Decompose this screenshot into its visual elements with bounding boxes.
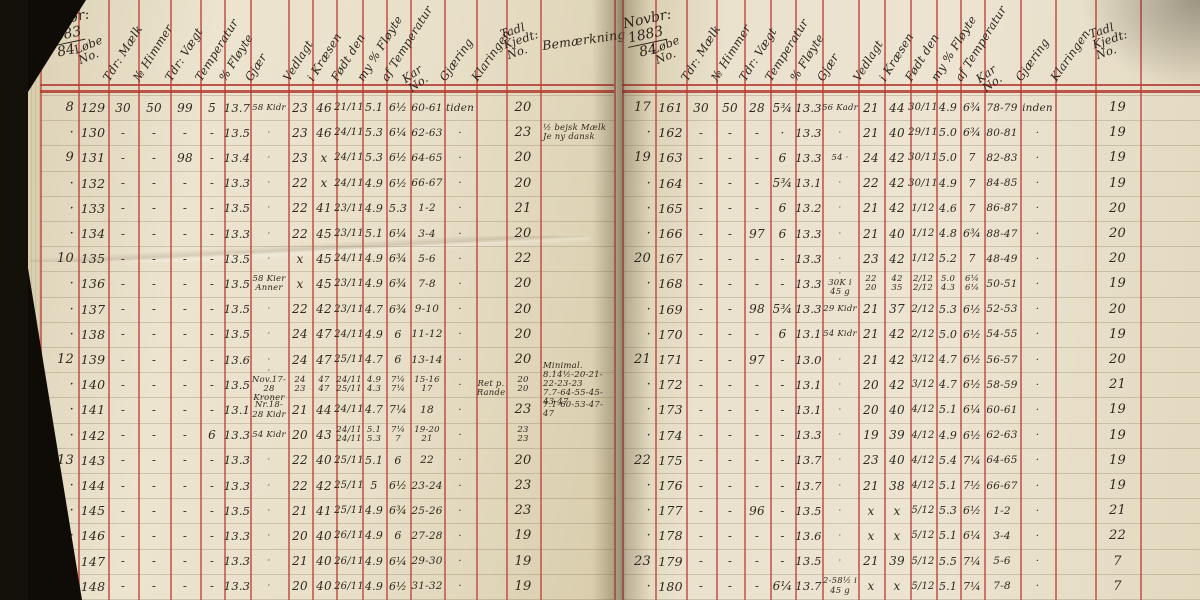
ledger-cell: 42 — [312, 297, 336, 322]
ledger-cell: 5 — [362, 473, 386, 498]
ledger-cell: 78-79 — [984, 95, 1020, 120]
ledger-cell: - — [170, 347, 200, 372]
ledger-cell: - — [108, 498, 138, 523]
ledger-cell: - — [770, 498, 795, 523]
ledger-cell: 20 — [858, 372, 884, 397]
ledger-cell: 23 — [506, 120, 540, 145]
ledger-cell: 7¼ 7 — [386, 423, 410, 448]
ledger-cell: 5-6 — [984, 549, 1020, 574]
ledger-cell: 165 — [655, 196, 686, 221]
ledger-cell: · — [822, 196, 858, 221]
ledger-cell: 13.3 — [224, 473, 250, 498]
ledger-cell: 4.9 — [362, 171, 386, 196]
ledger-cell: 13.3 — [224, 171, 250, 196]
ledger-cell: 46 — [312, 95, 336, 120]
ledger-cell: 5.1 — [362, 448, 386, 473]
ledger-cell: · — [40, 297, 78, 322]
ledger-cell: 6¼ — [960, 397, 984, 422]
ledger-cell: 29/11 — [910, 120, 936, 145]
ledger-cell: x — [288, 271, 312, 296]
ledger-cell: 4.9 — [362, 271, 386, 296]
ledger-cell: - — [716, 271, 744, 296]
ledger-cell: 20 — [506, 448, 540, 473]
ledger-cell: 23 — [506, 498, 540, 523]
ledger-cell: 23 — [288, 95, 312, 120]
ledger-cell: 23 — [288, 120, 312, 145]
ledger-cell: - — [744, 397, 770, 422]
ledger-cell: - — [138, 271, 170, 296]
ledger-cell: 168 — [655, 271, 686, 296]
ledger-cell: 40 — [312, 448, 336, 473]
ledger-cell: - — [716, 498, 744, 523]
ledger-cell: 54-55 — [984, 322, 1020, 347]
ledger-cell: 4.9 — [362, 574, 386, 599]
ledger-cell: 42 — [884, 347, 910, 372]
ledger-cell: 54 Kidr — [250, 423, 288, 448]
ledger-cell: 4.9 — [936, 95, 960, 120]
ledger-cell: 19 — [1095, 120, 1140, 145]
ledger-cell: 5¾ — [770, 297, 795, 322]
ledger-cell: · — [250, 473, 288, 498]
ledger-cell: 13.3 — [795, 221, 822, 246]
ledger-cell: 5.3 — [936, 498, 960, 523]
ledger-cell: - — [170, 171, 200, 196]
ledger-cell: 6 — [200, 423, 224, 448]
ledger-cell: · — [1020, 322, 1055, 347]
ledger-cell: 169 — [655, 297, 686, 322]
ledger-cell: · — [1020, 397, 1055, 422]
ledger-cell: 19 — [1095, 423, 1140, 448]
ledger-cell: - — [200, 498, 224, 523]
ledger-cell: 27-28 — [410, 523, 444, 548]
ledger-cell: 22 20 — [858, 271, 884, 296]
ledger-cell: 6¾ — [960, 95, 984, 120]
ledger-cell: 86-87 — [984, 196, 1020, 221]
ledger-cell: 42 — [312, 473, 336, 498]
ledger-cell: - — [200, 297, 224, 322]
ledger-cell: 13.3 — [224, 574, 250, 599]
ledger-cell: 48-49 — [984, 246, 1020, 271]
ledger-cell: x — [858, 523, 884, 548]
ledger-cell: 2/12 — [910, 297, 936, 322]
ledger-cell: - — [770, 423, 795, 448]
ledger-cell: - — [138, 549, 170, 574]
ledger-cell: 18 — [410, 397, 444, 422]
ledger-cell: 6¾ — [386, 498, 410, 523]
ledger-cell: · — [622, 221, 655, 246]
ledger-cell: - — [170, 271, 200, 296]
ledger-cell: 20 — [506, 145, 540, 170]
ledger-cell: · — [822, 120, 858, 145]
ledger-cell: 135 — [78, 246, 108, 271]
ledger-cell: 166 — [655, 221, 686, 246]
ledger-cell: 6¾ — [960, 120, 984, 145]
ledger-cell: 133 — [78, 196, 108, 221]
ledger-cell: · — [444, 498, 476, 523]
ledger-cell: 22 — [288, 196, 312, 221]
ledger-cell: 13.7 — [795, 473, 822, 498]
ledger-cell: 43 — [312, 423, 336, 448]
ledger-cell: - — [200, 549, 224, 574]
ledger-cell: 58 Kier Anner — [250, 271, 288, 296]
ledger-cell: - — [200, 523, 224, 548]
ledger-cell: 6 — [386, 322, 410, 347]
ledger-cell: 6¼ 6¼ — [960, 271, 984, 296]
ledger-cell: 22 — [288, 171, 312, 196]
ledger-cell: 20 — [506, 322, 540, 347]
ledger-cell: 19 — [1095, 322, 1140, 347]
ledger-cell: - — [138, 423, 170, 448]
ledger-cell: 22 — [288, 221, 312, 246]
ledger-cell: 6¼ — [386, 120, 410, 145]
ledger-cell: 20 — [506, 297, 540, 322]
ledger-cell: 6½ — [960, 372, 984, 397]
column-rule-red — [614, 0, 616, 600]
ledger-cell: - — [686, 523, 716, 548]
ledger-cell: 136 — [78, 271, 108, 296]
ledger-cell: 12 — [40, 347, 78, 372]
ledger-cell: · — [250, 246, 288, 271]
ledger-cell: 4.9 — [362, 196, 386, 221]
ledger-cell: · — [1020, 498, 1055, 523]
ledger-cell: · — [444, 523, 476, 548]
ledger-cell: - — [686, 397, 716, 422]
ledger-cell: - — [200, 120, 224, 145]
ledger-cell: 24/11 — [336, 246, 362, 271]
ledger-cell: - — [716, 372, 744, 397]
ledger-cell: 5.4 — [936, 448, 960, 473]
ledger-cell: 180 — [655, 574, 686, 599]
ledger-cell: tiden — [444, 95, 476, 120]
ledger-cell: · — [444, 423, 476, 448]
ledger-cell: 58 Kidr — [250, 95, 288, 120]
ledger-cell: 24/11 25/11 — [336, 372, 362, 397]
ledger-cell: - — [716, 297, 744, 322]
ledger-cell: · — [822, 221, 858, 246]
ledger-cell: 20 — [1095, 297, 1140, 322]
ledger-cell: 23 — [288, 145, 312, 170]
ledger-cell: 25/11 — [336, 448, 362, 473]
ledger-cell: - — [716, 196, 744, 221]
ledger-cell: · — [622, 498, 655, 523]
ledger-cell: 42 — [884, 171, 910, 196]
ledger-cell: - — [686, 448, 716, 473]
ledger-cell: · — [822, 473, 858, 498]
ledger-cell: 22 — [506, 246, 540, 271]
header-rule-top — [40, 84, 614, 86]
ledger-cell: · — [822, 397, 858, 422]
ledger-cell: · — [1020, 372, 1055, 397]
ledger-cell: - — [170, 120, 200, 145]
ledger-cell: · — [444, 473, 476, 498]
ledger-cell: 4.7 — [362, 347, 386, 372]
ledger-cell: · — [622, 473, 655, 498]
ledger-cell: 3/12 — [910, 372, 936, 397]
ledger-cell: 22 — [288, 473, 312, 498]
ledger-cell: 40 — [312, 523, 336, 548]
ledger-cell: - — [716, 246, 744, 271]
ledger-cell: 20 — [288, 523, 312, 548]
ledger-cell: 13.3 — [795, 120, 822, 145]
ledger-cell: 21 — [858, 297, 884, 322]
ledger-cell: · — [622, 322, 655, 347]
ledger-cell: - — [716, 347, 744, 372]
ledger-cell: 19 — [1095, 171, 1140, 196]
ledger-cell: 141 — [78, 397, 108, 422]
ledger-cell: - — [744, 473, 770, 498]
ledger-cell: 20 20 — [506, 372, 540, 397]
ledger-cell: - — [170, 574, 200, 599]
ledger-cell: - — [770, 549, 795, 574]
ledger-cell: 23 — [622, 549, 655, 574]
ledger-cell: 21 — [858, 549, 884, 574]
ledger-cell: · — [1020, 549, 1055, 574]
ledger-cell: - — [744, 448, 770, 473]
ledger-cell: 19 — [1095, 271, 1140, 296]
ledger-cell: 145 — [78, 498, 108, 523]
ledger-cell: 39 — [884, 423, 910, 448]
ledger-cell: - — [138, 473, 170, 498]
ledger-cell: - — [108, 523, 138, 548]
ledger-cell: 9 — [40, 145, 78, 170]
ledger-cell: 21 — [288, 498, 312, 523]
ledger-cell: · — [250, 120, 288, 145]
ledger-cell: 26/11 — [336, 523, 362, 548]
ledger-cell: 8 — [40, 95, 78, 120]
ledger-cell: - — [744, 322, 770, 347]
ledger-cell: - — [200, 397, 224, 422]
ledger-cell: 4.7 — [936, 347, 960, 372]
ledger-cell: 5.1 — [362, 221, 386, 246]
ledger-cell: 21 — [288, 397, 312, 422]
ledger-cell: - — [770, 372, 795, 397]
ledger-cell: · — [444, 397, 476, 422]
ledger-cell: - — [200, 171, 224, 196]
ledger-cell: - — [170, 196, 200, 221]
ledger-cell: - — [170, 523, 200, 548]
ledger-cell: 23 23 — [506, 423, 540, 448]
ledger-cell: - — [200, 372, 224, 397]
header-rule-top — [622, 84, 1200, 86]
ledger-cell: 41 — [312, 498, 336, 523]
ledger-cell: 13.7 — [224, 95, 250, 120]
ledger-cell: x — [858, 574, 884, 599]
ledger-cell: 6½ — [386, 574, 410, 599]
ledger-cell: 22 — [288, 448, 312, 473]
ledger-cell: 13.5 — [224, 498, 250, 523]
ledger-cell: 25/11 — [336, 473, 362, 498]
ledger-cell: - — [744, 372, 770, 397]
ledger-cell: · — [1020, 473, 1055, 498]
ledger-cell: 19 — [1095, 397, 1140, 422]
ledger-cell: 5.2 — [936, 246, 960, 271]
ledger-cell: 88-47 — [984, 221, 1020, 246]
ledger-cell: - — [716, 549, 744, 574]
ledger-cell: 6¼ — [386, 221, 410, 246]
header-rule-bottom — [40, 90, 614, 93]
ledger-cell: 40 — [884, 120, 910, 145]
ledger-cell: 21 — [506, 196, 540, 221]
ledger-cell: - — [686, 196, 716, 221]
ledger-cell: 6 — [386, 523, 410, 548]
ledger-cell: 13.1 — [795, 397, 822, 422]
ledger-cell: · — [444, 120, 476, 145]
ledger-cell: 13.3 — [224, 423, 250, 448]
ledger-cell: · — [250, 171, 288, 196]
ledger-cell: 54 · — [822, 145, 858, 170]
ledger-cell: 4/12 — [910, 448, 936, 473]
ledger-cell: 64-65 — [984, 448, 1020, 473]
ledger-cell: 1/12 — [910, 246, 936, 271]
ledger-cell: 40 — [884, 448, 910, 473]
ledger-cell: 4.7 — [362, 297, 386, 322]
ledger-cell: - — [138, 397, 170, 422]
ledger-cell: 40 — [312, 549, 336, 574]
ledger-cell: 6 — [386, 347, 410, 372]
ledger-cell: 6¾ — [386, 297, 410, 322]
ledger-cell: - — [770, 397, 795, 422]
ledger-cell: - — [170, 498, 200, 523]
ledger-cell: 4.9 — [936, 171, 960, 196]
ledger-cell: 47 47 — [312, 372, 336, 397]
ledger-cell: 138 — [78, 322, 108, 347]
ledger-cell: · — [250, 448, 288, 473]
ledger-cell: · — [622, 297, 655, 322]
ledger-cell: 6½ — [960, 297, 984, 322]
ledger-cell: · — [444, 171, 476, 196]
ledger-cell: 82-83 — [984, 145, 1020, 170]
ledger-cell: 7 — [1095, 574, 1140, 599]
ledger-cell: - — [686, 549, 716, 574]
ledger-cell: 56-57 — [984, 347, 1020, 372]
ledger-cell: 13.5 — [224, 322, 250, 347]
ledger-cell: 24/11 24/11 — [336, 423, 362, 448]
ledger-cell: 26/11 — [336, 574, 362, 599]
ledger-cell: Minimal. 8.14½-20-21-22-23-23 7.7-64-55-… — [540, 372, 614, 397]
ledger-cell: 6½ — [386, 145, 410, 170]
ledger-cell: - — [686, 372, 716, 397]
ledger-cell: 4.6 — [936, 196, 960, 221]
ledger-cell: - — [744, 171, 770, 196]
ledger-cell: 6 — [770, 196, 795, 221]
ledger-cell: - — [108, 574, 138, 599]
ledger-cell: 66-67 — [984, 473, 1020, 498]
header-rule-bottom — [622, 90, 1200, 93]
ledger-cell: 167 — [655, 246, 686, 271]
ledger-cell: 19 — [1095, 95, 1140, 120]
ledger-cell: 13.1 — [795, 322, 822, 347]
ledger-cell: 28 — [744, 95, 770, 120]
ledger-cell: · — [1020, 297, 1055, 322]
ledger-cell: 7 — [960, 246, 984, 271]
ledger-cell: 13.5 — [795, 498, 822, 523]
ledger-cell: 13.5 — [224, 120, 250, 145]
ledger-cell: - — [744, 145, 770, 170]
ledger-cell: 139 — [78, 347, 108, 372]
ledger-cell: 4.9 — [362, 498, 386, 523]
ledger-cell: 13.3 — [224, 549, 250, 574]
ledger-cell: - — [170, 397, 200, 422]
ledger-cell: · — [444, 246, 476, 271]
ledger-cell: 24 — [288, 347, 312, 372]
ledger-cell: 21 — [622, 347, 655, 372]
ledger-cell: 58-59 — [984, 372, 1020, 397]
ledger-cell: 6¼ — [960, 523, 984, 548]
ledger-cell: - — [170, 448, 200, 473]
ledger-cell: - — [108, 221, 138, 246]
ledger-cell: 24 23 — [288, 372, 312, 397]
ledger-cell: 7¼ — [960, 549, 984, 574]
ledger-cell: - — [200, 574, 224, 599]
ledger-cell: 5.1 — [936, 523, 960, 548]
ledger-cell: 6 — [386, 448, 410, 473]
ledger-cell: - — [170, 322, 200, 347]
ledger-cell: - — [770, 473, 795, 498]
ledger-cell: · — [444, 574, 476, 599]
ledger-cell: 7-8 — [410, 271, 444, 296]
ledger-cell: - — [716, 448, 744, 473]
ledger-cell: 25/11 — [336, 347, 362, 372]
ledger-cell: · — [1020, 271, 1055, 296]
ledger-cell: 25/11 — [336, 498, 362, 523]
ledger-cell: · — [250, 574, 288, 599]
ledger-cell: 6½ — [960, 498, 984, 523]
ledger-cell: 7 — [960, 171, 984, 196]
ledger-cell: 13.1 — [224, 397, 250, 422]
ledger-cell: 21 — [858, 473, 884, 498]
ledger-cell: 30/11 — [910, 95, 936, 120]
ledger-cell: - — [170, 423, 200, 448]
ledger-cell: 80-81 — [984, 120, 1020, 145]
ledger-cell: 5-6 — [410, 246, 444, 271]
ledger-cell: · — [40, 171, 78, 196]
ledger-cell: 5.1 — [936, 473, 960, 498]
ledger-cell: 4.9 — [362, 322, 386, 347]
ledger-cell: 5.0 — [936, 120, 960, 145]
ledger-cell: 176 — [655, 473, 686, 498]
ledger-cell: 178 — [655, 523, 686, 548]
ledger-cell: 19-20 21 — [410, 423, 444, 448]
ledger-cell: 2-58½ i 45 g — [822, 574, 858, 599]
ledger-cell: 50 — [716, 95, 744, 120]
ledger-cell: 11-12 — [410, 322, 444, 347]
ledger-cell: - — [686, 574, 716, 599]
ledger-cell: 13.1 — [795, 171, 822, 196]
ledger-cell: 20 — [858, 397, 884, 422]
ledger-cell: 140 — [78, 372, 108, 397]
ledger-cell: - — [170, 297, 200, 322]
ledger-cell: 7 — [960, 196, 984, 221]
ledger-cell: · — [1020, 448, 1055, 473]
ledger-cell: 5.1 — [936, 574, 960, 599]
ledger-cell: 66-67 — [410, 171, 444, 196]
ledger-cell: 171 — [655, 347, 686, 372]
ledger-cell: 19 — [506, 574, 540, 599]
ledger-cell: 47 — [312, 322, 336, 347]
ledger-cell: 21 — [858, 347, 884, 372]
ledger-cell: · — [822, 171, 858, 196]
ledger-cell: 163 — [655, 145, 686, 170]
ledger-cell: - — [716, 397, 744, 422]
ledger-cell: · — [1020, 145, 1055, 170]
ledger-cell: 19 — [622, 145, 655, 170]
ledger-cell: 146 — [78, 523, 108, 548]
ledger-cell: - — [716, 523, 744, 548]
ledger-cell: · — [622, 523, 655, 548]
ledger-cell: 7½ — [960, 473, 984, 498]
ledger-cell: · — [444, 347, 476, 372]
ledger-cell: · — [622, 372, 655, 397]
